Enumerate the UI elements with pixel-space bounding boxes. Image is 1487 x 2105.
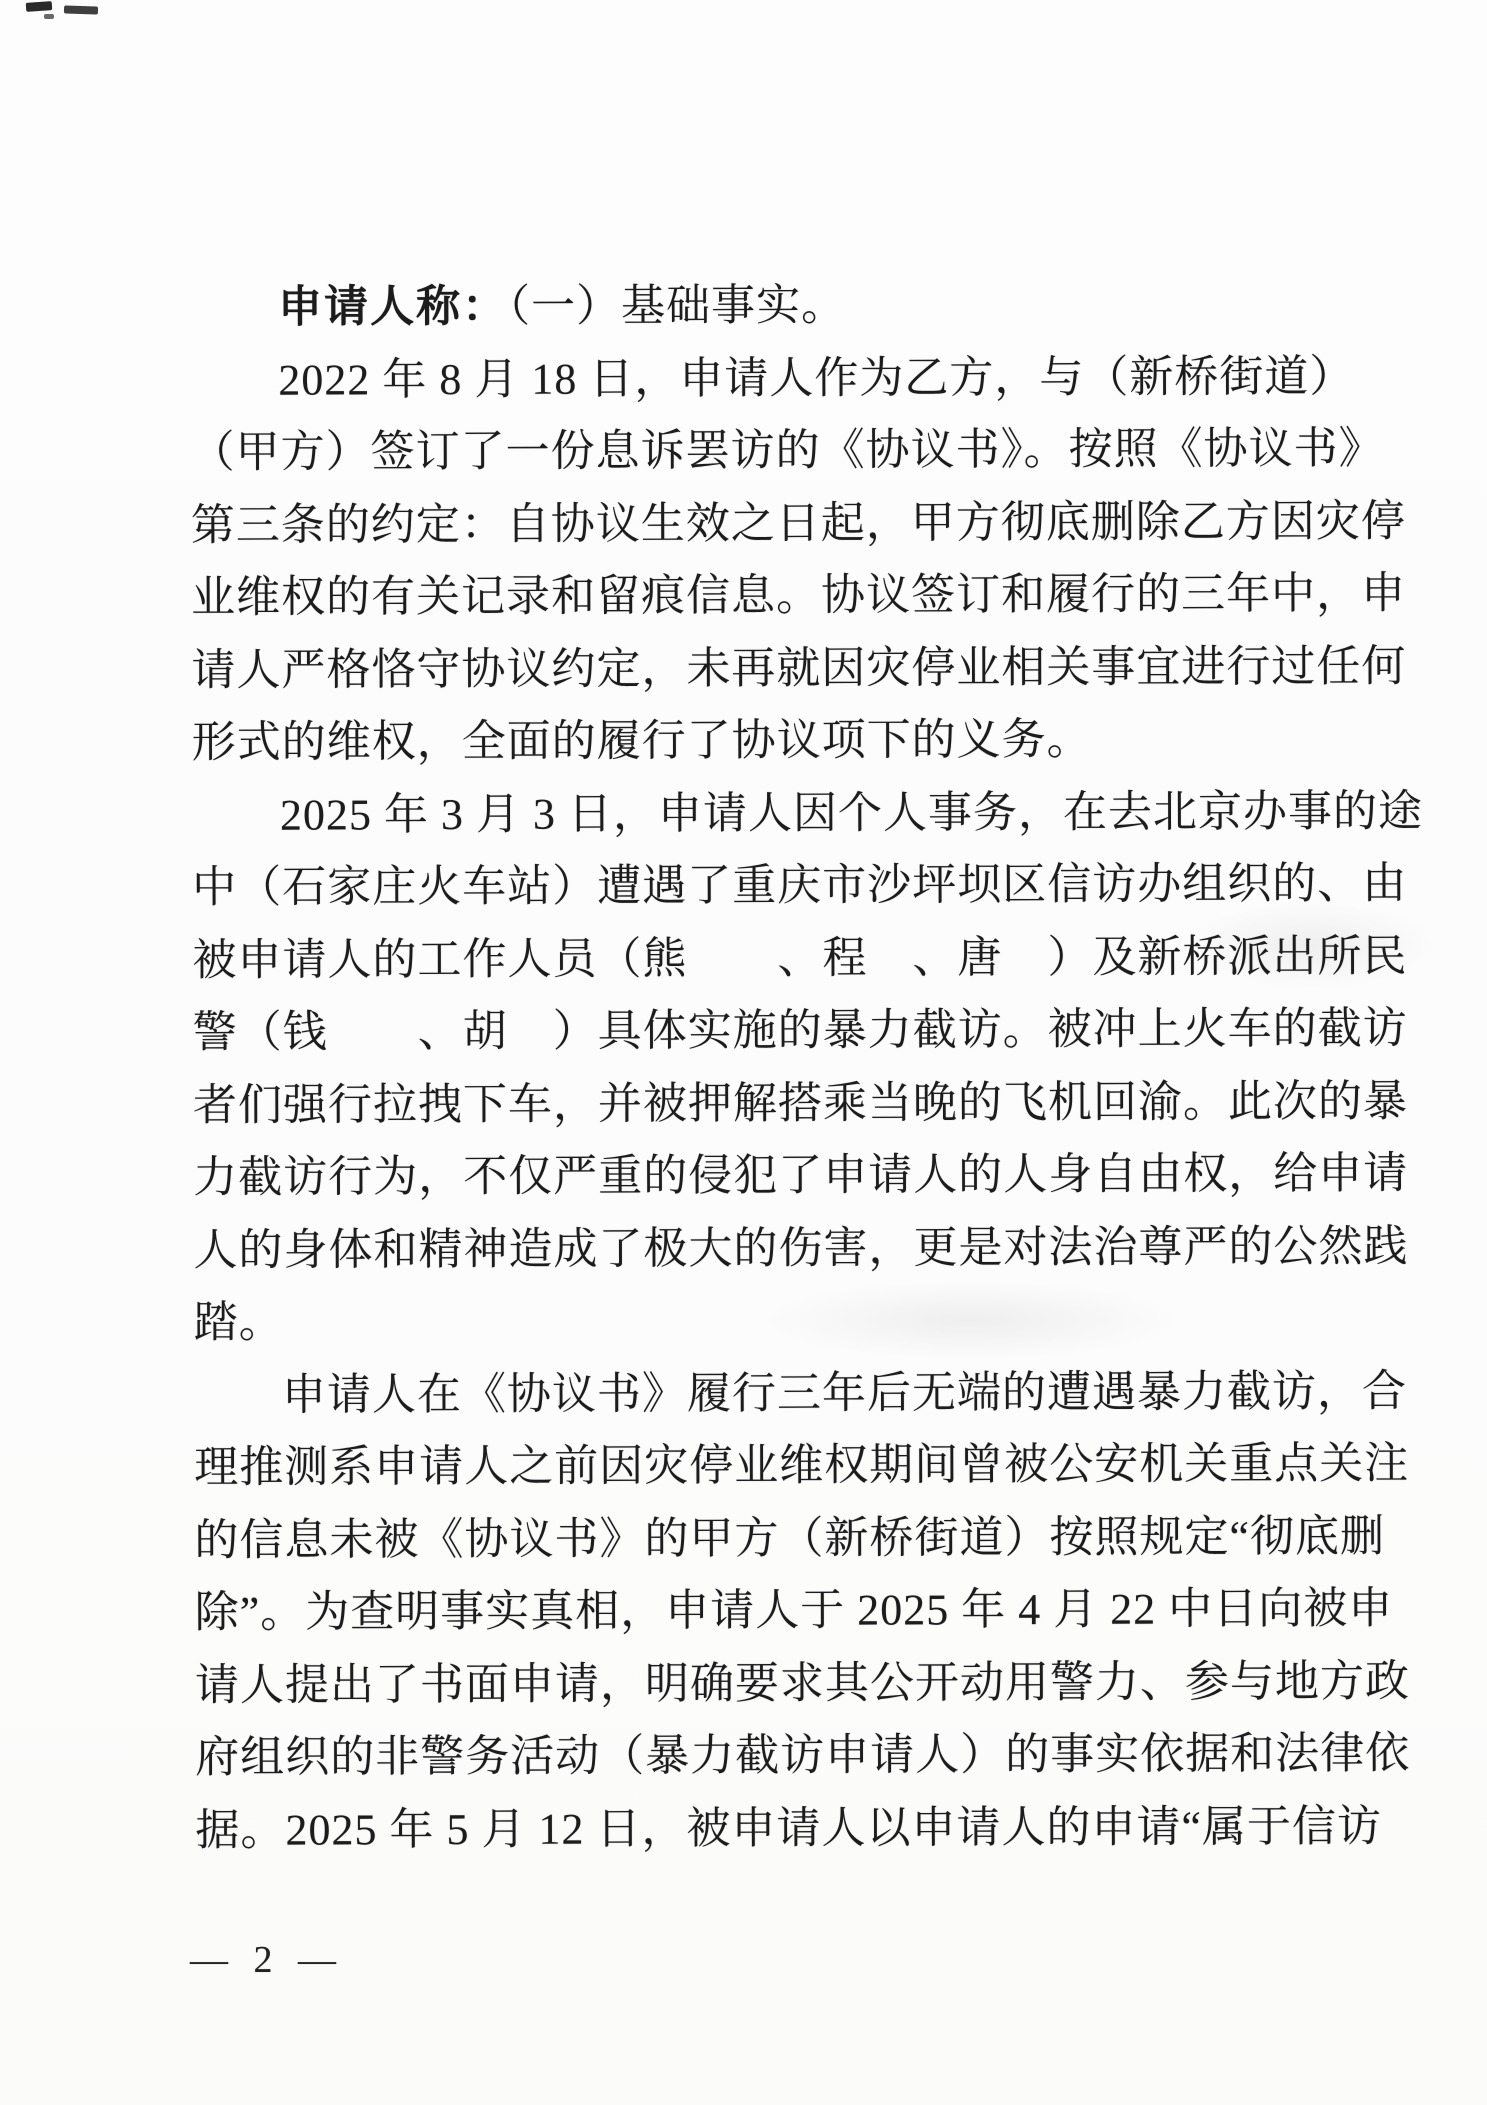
- text-line: 据。2025 年 5 月 12 日，被申请人以申请人的申请“属于信访: [195, 1790, 1370, 1867]
- text-line: 的信息未被《协议书》的甲方（新桥街道）按照规定“彻底删: [194, 1500, 1369, 1577]
- text-line: 除”。为查明事实真相，申请人于 2025 年 4 月 22 中日向被申: [195, 1573, 1370, 1650]
- scanned-document-page: 申请人称：（一）基础事实。 2022 年 8 月 18 日，申请人作为乙方，与（…: [0, 0, 1487, 2105]
- text-line: 形式的维权，全面的履行了协议项下的义务。: [192, 703, 1367, 780]
- text-line: 力截访行为，不仅严重的侵犯了申请人的人身自由权，给申请: [193, 1138, 1368, 1215]
- text-line: 2022 年 8 月 18 日，申请人作为乙方，与（新桥街道）: [190, 340, 1365, 417]
- heading-bold-label: 申请人称：: [278, 282, 508, 332]
- text-line: 中（石家庄火车站）遭遇了重庆市沙坪坝区信访办组织的、由: [192, 848, 1367, 925]
- page-number: — 2 —: [190, 1938, 344, 1982]
- text-line: 者们强行拉拽下车，并被押解搭乘当晚的飞机回渝。此次的暴: [193, 1065, 1368, 1142]
- text-line: 踏。: [194, 1283, 1369, 1360]
- text-line: 请人严格恪守协议约定，未再就因灾停业相关事宜进行过任何: [191, 630, 1366, 707]
- text-line: 2025 年 3 月 3 日，申请人因个人事务，在去北京办事的途: [192, 775, 1367, 852]
- text-line: 请人提出了书面申请，明确要求其公开动用警力、参与地方政: [195, 1645, 1370, 1722]
- text-line: 警（钱 、胡 ）具体实施的暴力截访。被冲上火车的截访: [193, 993, 1368, 1070]
- text-line: 业维权的有关记录和留痕信息。协议签订和履行的三年中，申: [191, 558, 1366, 635]
- heading-line: 申请人称：（一）基础事实。: [190, 268, 1365, 345]
- text-line: 申请人在《协议书》履行三年后无端的遭遇暴力截访，合: [194, 1355, 1369, 1432]
- scan-artifact: [64, 5, 98, 14]
- document-body: 申请人称：（一）基础事实。 2022 年 8 月 18 日，申请人作为乙方，与（…: [190, 268, 1371, 1867]
- text-line: 第三条的约定：自协议生效之日起，甲方彻底删除乙方因灾停: [191, 485, 1366, 562]
- text-line: 府组织的非警务活动（暴力截访申请人）的事实依据和法律依: [195, 1718, 1370, 1795]
- text-line: 人的身体和精神造成了极大的伤害，更是对法治尊严的公然践: [193, 1210, 1368, 1287]
- scan-artifact: [44, 14, 54, 19]
- text-line: 理推测系申请人之前因灾停业维权期间曾被公安机关重点关注: [194, 1428, 1369, 1505]
- scan-artifact: [26, 1, 53, 12]
- heading-rest: （一）基础事实。: [508, 281, 846, 331]
- text-line: （甲方）签订了一份息诉罢访的《协议书》。按照《协议书》: [191, 413, 1366, 490]
- text-line: 被申请人的工作人员（熊 、程 、唐 ）及新桥派出所民: [192, 920, 1367, 997]
